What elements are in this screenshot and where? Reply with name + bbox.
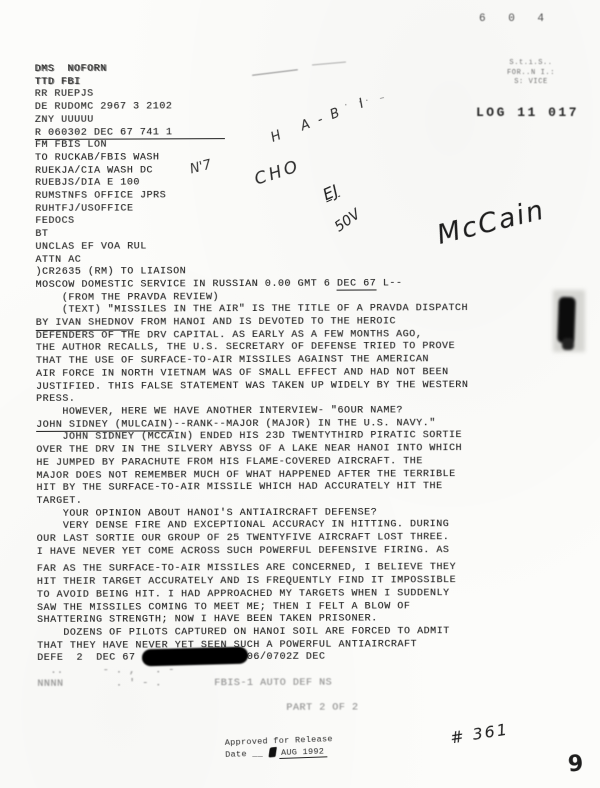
typed-line: SAW THE MISSILES COMING TO MEET ME; THEN… — [37, 601, 469, 616]
handwriting-doc-number: # 361 — [449, 719, 510, 747]
redaction-bar — [142, 647, 248, 667]
scan-smudge-dark — [557, 297, 576, 344]
agency-stamp: S.t.i.S..FOR..N I.:S: VICE — [483, 59, 579, 88]
approved-stamp-date-row: Date __AUG 1992 — [225, 745, 333, 761]
typed-line: JUSTIFIED. THIS FALSE STATEMENT WAS TAKE… — [36, 380, 468, 395]
typed-line: S.t.i.S.. — [483, 59, 579, 69]
typed-line: I HAVE NEVER YET COME ACROSS SUCH POWERF… — [37, 545, 469, 560]
typed-line: S: VICE — [483, 78, 579, 88]
approved-date-value: AUG 1992 — [279, 746, 328, 759]
typed-line: HIT BY THE SURFACE-TO-AIR MISSILE WHICH … — [36, 481, 468, 496]
scan-smudge-dot — [562, 338, 574, 350]
typed-line: FOR..N I.: — [483, 69, 579, 79]
typed-line: TO AVOID BEING HIT. I HAD APPROACHED MY … — [37, 588, 469, 603]
approved-for-release-stamp: Approved for Release Date __AUG 1992 — [225, 734, 334, 761]
handwriting-page-number: 9 — [567, 751, 584, 777]
date-blank-line: __ — [247, 749, 264, 760]
approved-date-label: Date — [225, 749, 247, 760]
typed-line: (TEXT) "MISSILES IN THE AIR" IS THE TITL… — [36, 303, 468, 318]
typed-line: HE JUMPED BY PARACHUTE FROM HIS FLAME-CO… — [36, 456, 468, 471]
typed-line: NNNN . ' - . FBIS-1 AUTO DEF NS — [37, 677, 469, 692]
handwritten-ink-mark — [268, 747, 277, 758]
teletype-text-block: DMS NOFORNTTD FBIRR RUEPJSDE RUDOMC 2967… — [35, 62, 470, 717]
top-right-number-stamp: 6 0 4 — [479, 13, 552, 25]
scanned-teletype-document: { "typed": { "lines": [ {"t":"DMS NOFORN… — [0, 0, 600, 788]
log-number-stamp: LOG 11 017 — [476, 105, 579, 120]
typed-line: PART 2 OF 2 — [37, 702, 469, 717]
